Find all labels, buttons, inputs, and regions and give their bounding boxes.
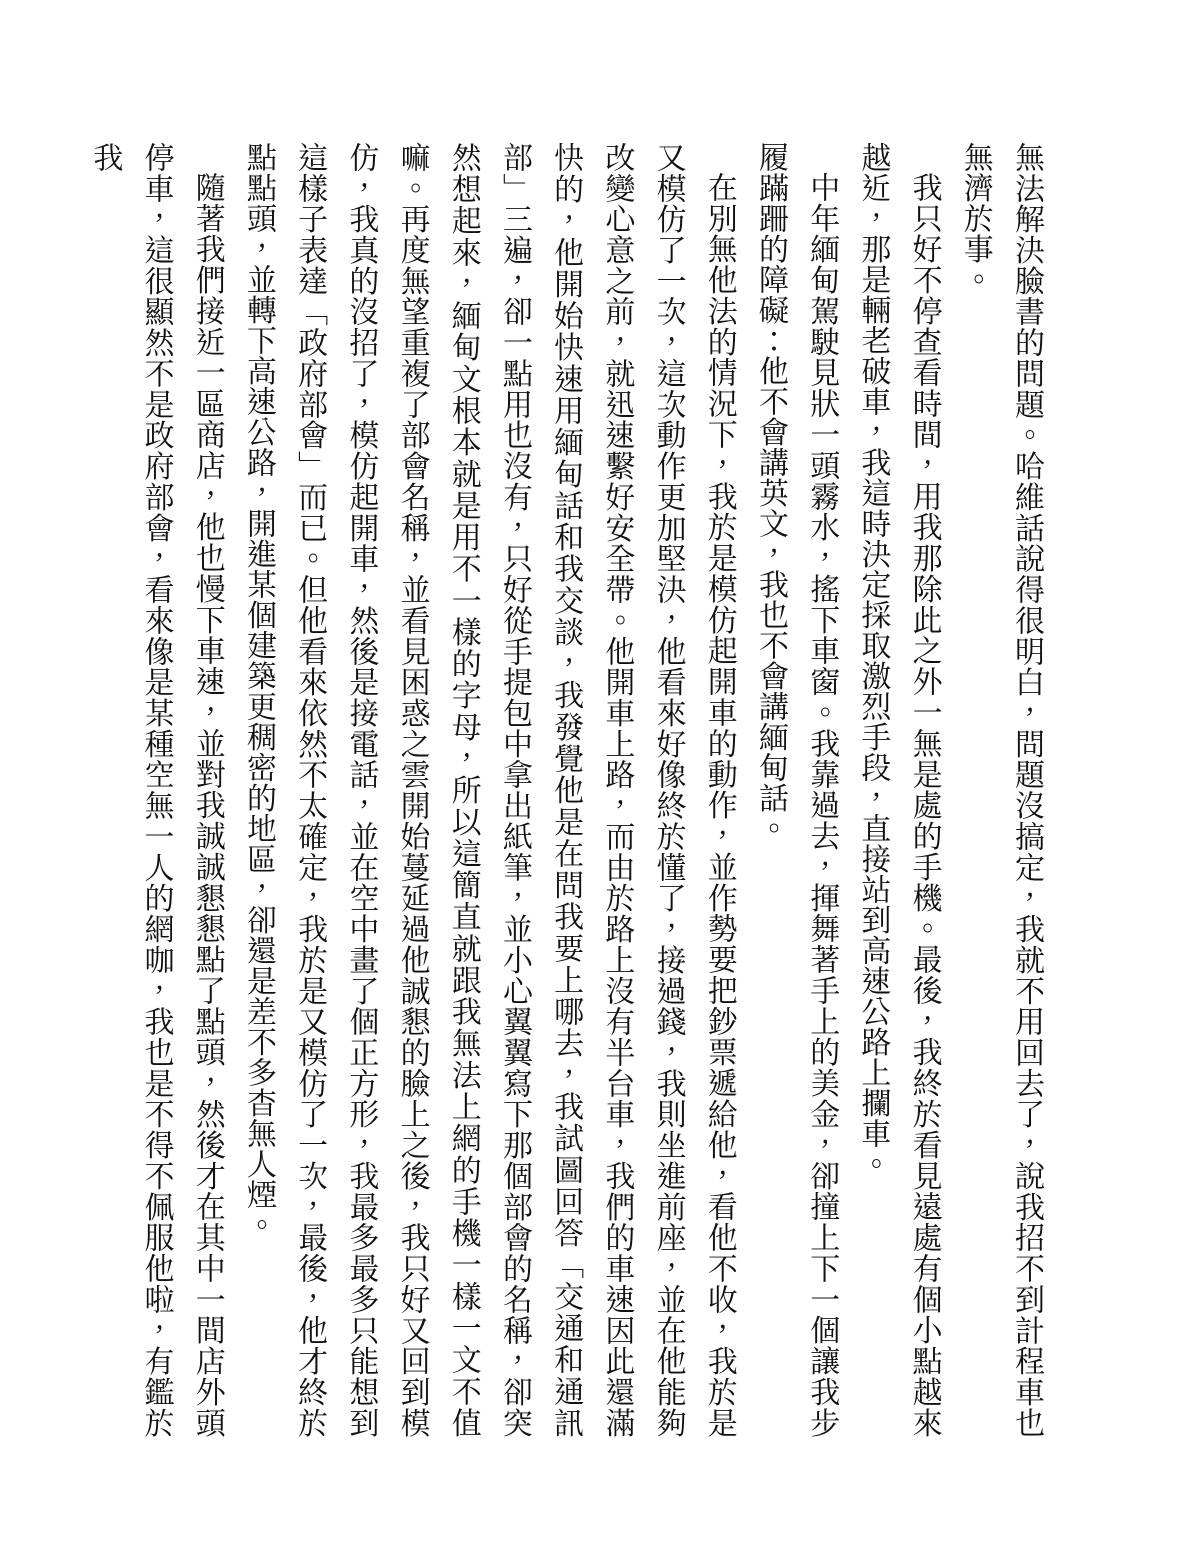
book-page: 無法解決臉書的問題。哈維話說得很明白，問題沒搞定，我就不用回去了，說我招不到計程… [0,0,1200,1554]
paragraph-2: 我只好不停查看時間，用我那除此之外一無是處的手機。最後，我終於看見遠處有個小點越… [847,142,949,1438]
paragraph-3: 中年緬甸駕駛見狀一頭霧水，搖下車窗。我靠過去，揮舞著手上的美金，卻撞上下一個讓我… [745,142,847,1438]
paragraph-4: 在別無他法的情況下，我於是模仿起開車的動作，並作勢要把鈔票遞給他，看他不收，我於… [233,142,745,1438]
paragraph-1-continued: 無法解決臉書的問題。哈維話說得很明白，問題沒搞定，我就不用回去了，說我招不到計程… [950,142,1052,1438]
vertical-text-block: 無法解決臉書的問題。哈維話說得很明白，問題沒搞定，我就不用回去了，說我招不到計程… [130,142,1052,1438]
paragraph-5: 隨著我們接近一區商店，他也慢下車速，並對我誠誠懇懇點了點頭，然後才在其中一間店外… [79,142,233,1438]
